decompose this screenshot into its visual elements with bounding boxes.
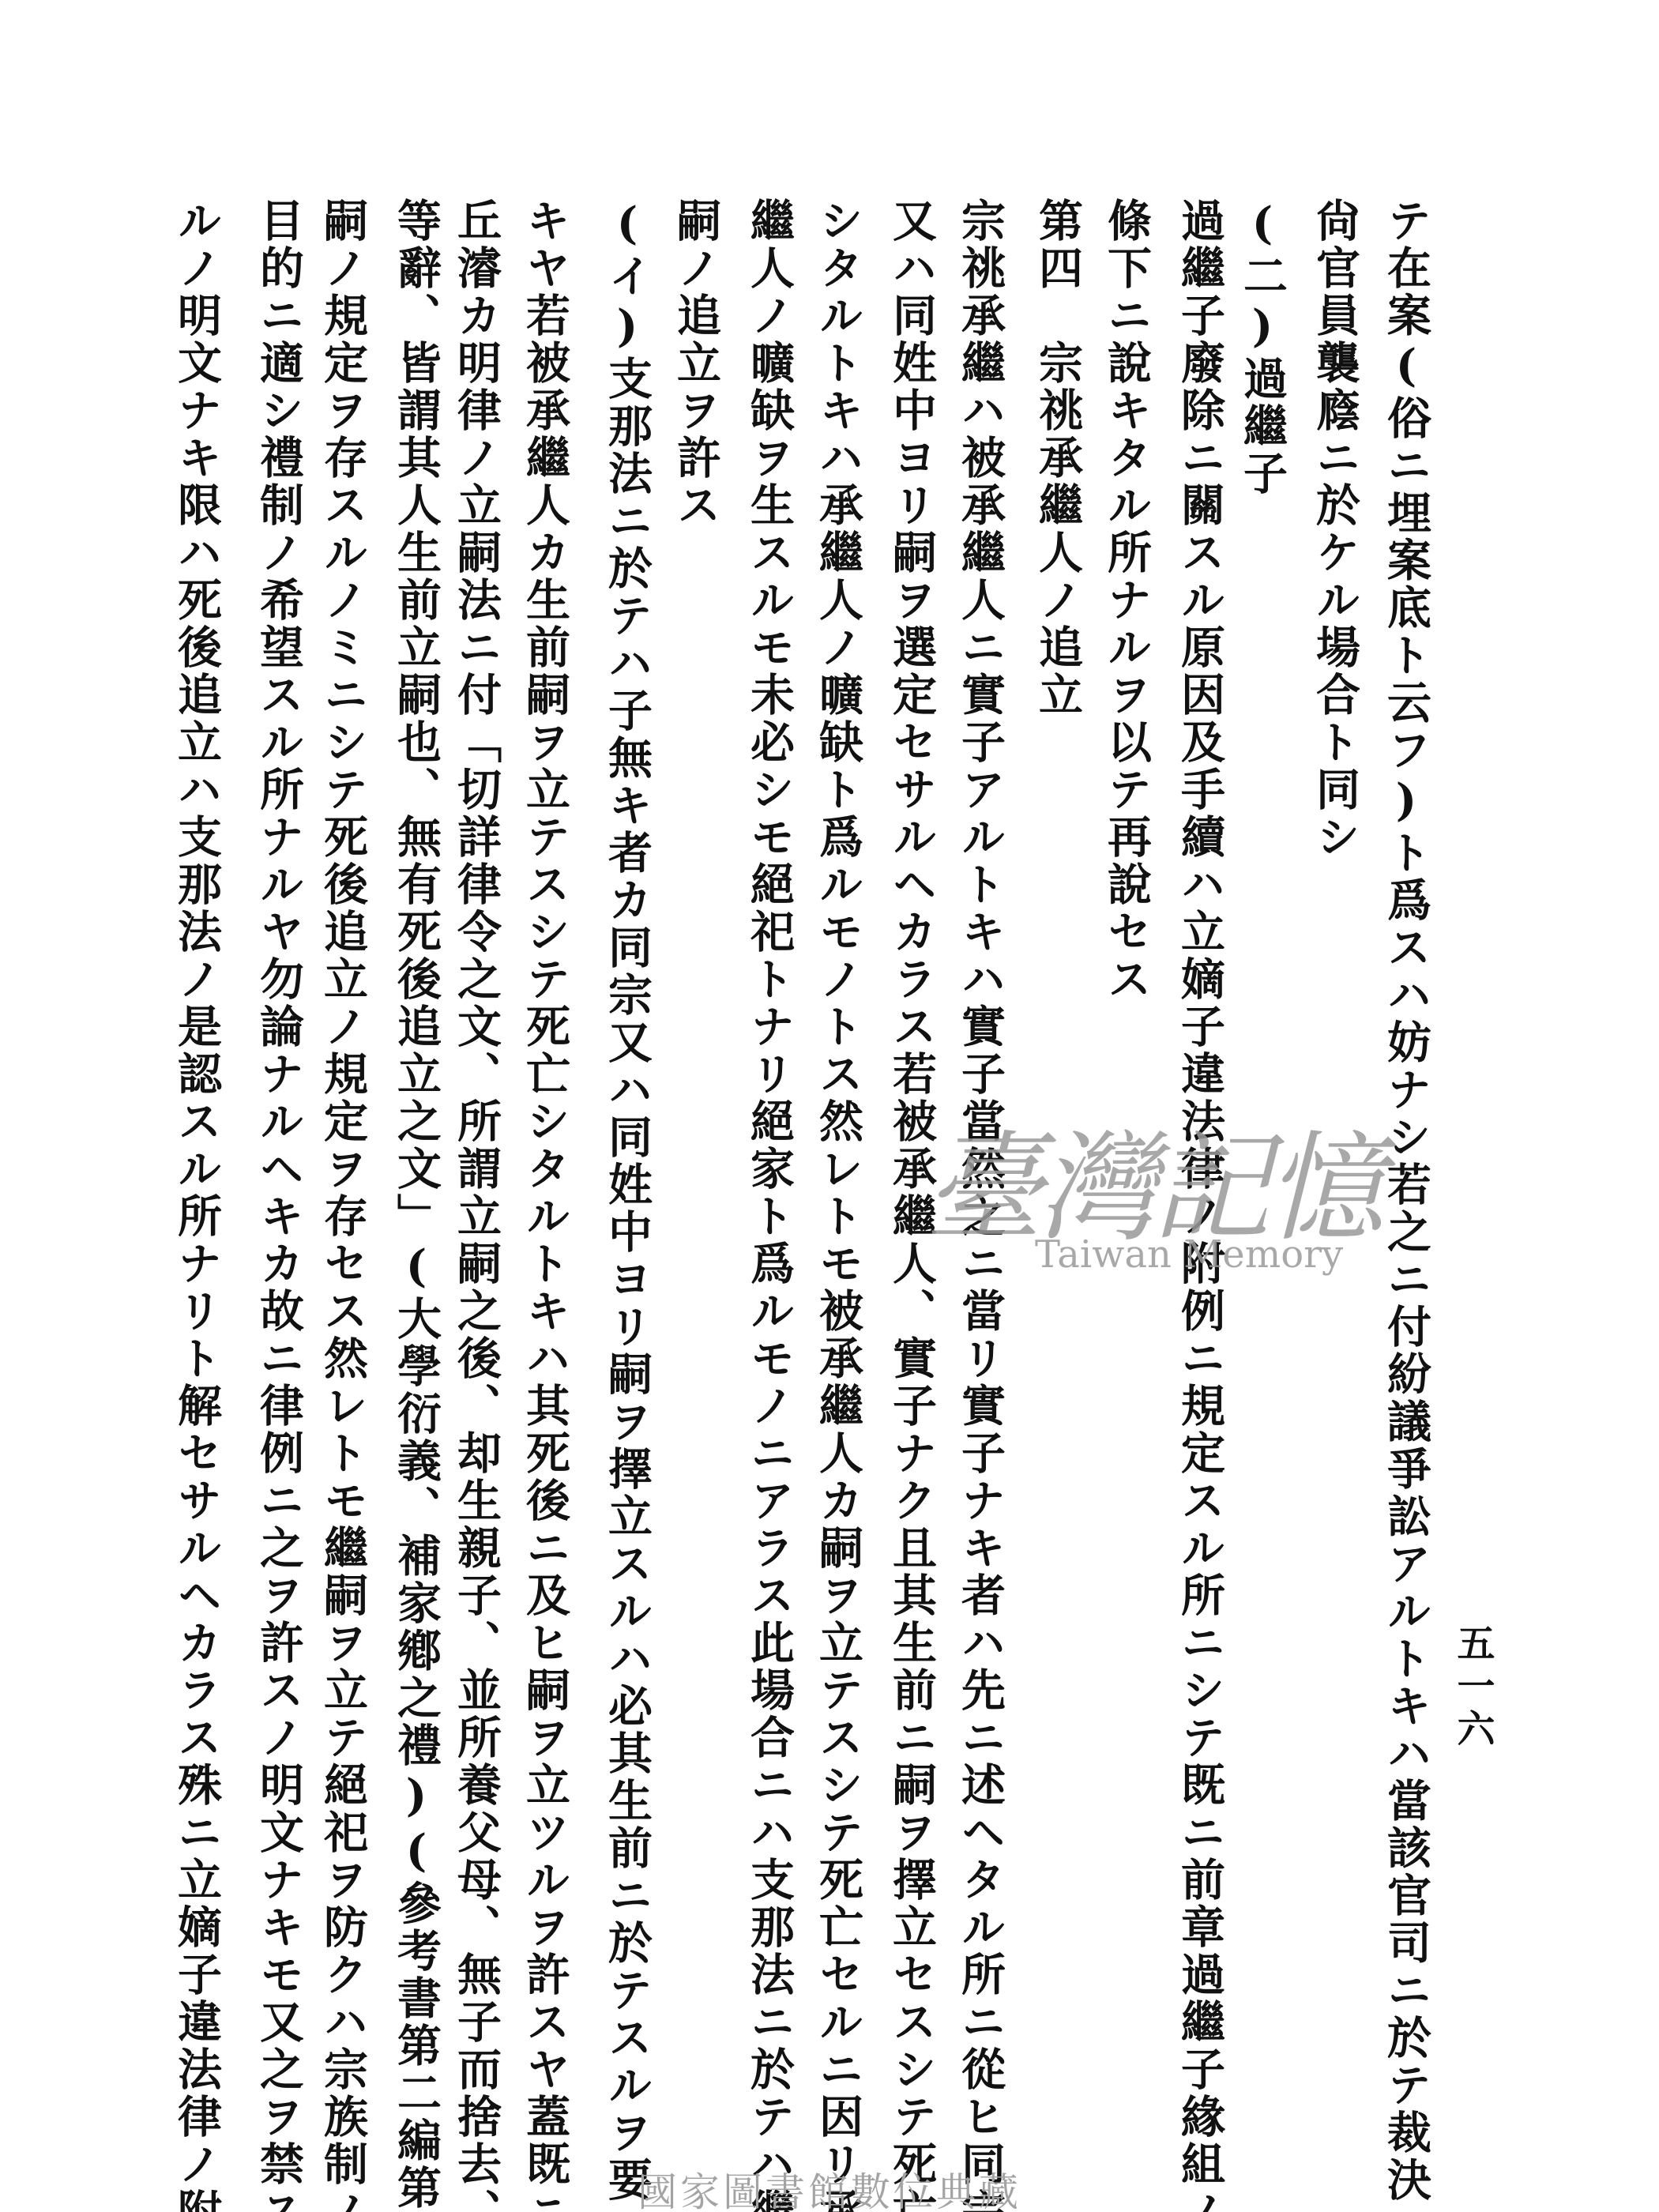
text-column-14: 丘濬カ明律ノ立嗣法ニ付「切詳律令之文、所謂立嗣之後、却生親子、並所養父母、無子而… (449, 197, 504, 2093)
text-column-7: 宗祧承繼ハ被承繼人ニ實子アルトキハ實子當然之ニ當リ實子ナキ者ハ先ニ述ヘタル所ニ從… (953, 197, 1008, 2093)
chapter-heading-dai-yon: 第四 宗祧承繼人ノ追立 (1030, 197, 1085, 2093)
page-number: 五一六 (1446, 1623, 1500, 1751)
text-column-16: 嗣ノ規定ヲ存スルノミニシテ死後追立ノ規定ヲ存セス然レトモ繼嗣ヲ立テ絕祀ヲ防クハ宗… (315, 197, 371, 2093)
text-column-10: 繼人ノ曠缺ヲ生スルモ未必シモ絕祀トナリ絕家ト爲ルモノニアラス此場合ニハ支那法ニ於… (742, 197, 797, 2093)
section-heading-kakeishi: (二)過繼子 (1235, 197, 1290, 2093)
text-column-17: 目的ニ適シ禮制ノ希望スル所ナルヤ勿論ナルヘキカ故ニ律例ニ之ヲ許スノ明文ナキモ又之… (251, 197, 307, 2093)
text-column-11: 嗣ノ追立ヲ許ス (668, 197, 724, 2093)
footer-collection-label: 國家圖書館數位典藏 (0, 2161, 1659, 2212)
text-column-4: 過繼子廢除ニ關スル原因及手續ハ立嫡子違法律ノ附例ニ規定スル所ニシテ既ニ前章過繼子… (1172, 197, 1228, 2093)
text-column-18: ルノ明文ナキ限ハ死後追立ハ支那法ノ是認スル所ナリト解セサルヘカラス殊ニ立嫡子違法… (169, 197, 224, 2093)
text-column-1: テ在案(俗ニ埋案底ト云フ)ト爲スハ妨ナシ若之ニ付紛議爭訟アルトキハ當該官司ニ於テ… (1379, 197, 1434, 2093)
document-page: テ在案(俗ニ埋案底ト云フ)ト爲スハ妨ナシ若之ニ付紛議爭訟アルトキハ當該官司ニ於テ… (0, 0, 1659, 2212)
text-column-2: 尙官員襲廕ニ於ケル場合ト同シ (1307, 197, 1363, 2093)
text-column-8: 又ハ同姓中ヨリ嗣ヲ選定セサルヘカラス若被承繼人、實子ナク且其生前ニ嗣ヲ擇立セスシ… (884, 197, 939, 2093)
text-column-15: 等辭、皆謂其人生前立嗣也、無有死後追立之文」(大學衍義、補家鄕之禮)(參考書第二… (389, 197, 444, 2093)
text-column-5: 條下ニ說キタル所ナルヲ以テ再說セス (1099, 197, 1154, 2093)
text-column-13: キヤ若被承繼人カ生前嗣ヲ立テスシテ死亡シタルトキハ其死後ニ及ヒ嗣ヲ立ツルヲ許スヤ… (517, 197, 573, 2093)
text-column-9: シタルトキハ承繼人ノ曠缺ト爲ルモノトス然レトモ被承繼人カ嗣ヲ立テスシテ死亡セルニ… (811, 197, 866, 2093)
text-column-12: (イ)支那法ニ於テハ子無キ者カ同宗又ハ同姓中ヨリ嗣ヲ擇立スルハ必其生前ニ於テスル… (600, 197, 655, 2093)
